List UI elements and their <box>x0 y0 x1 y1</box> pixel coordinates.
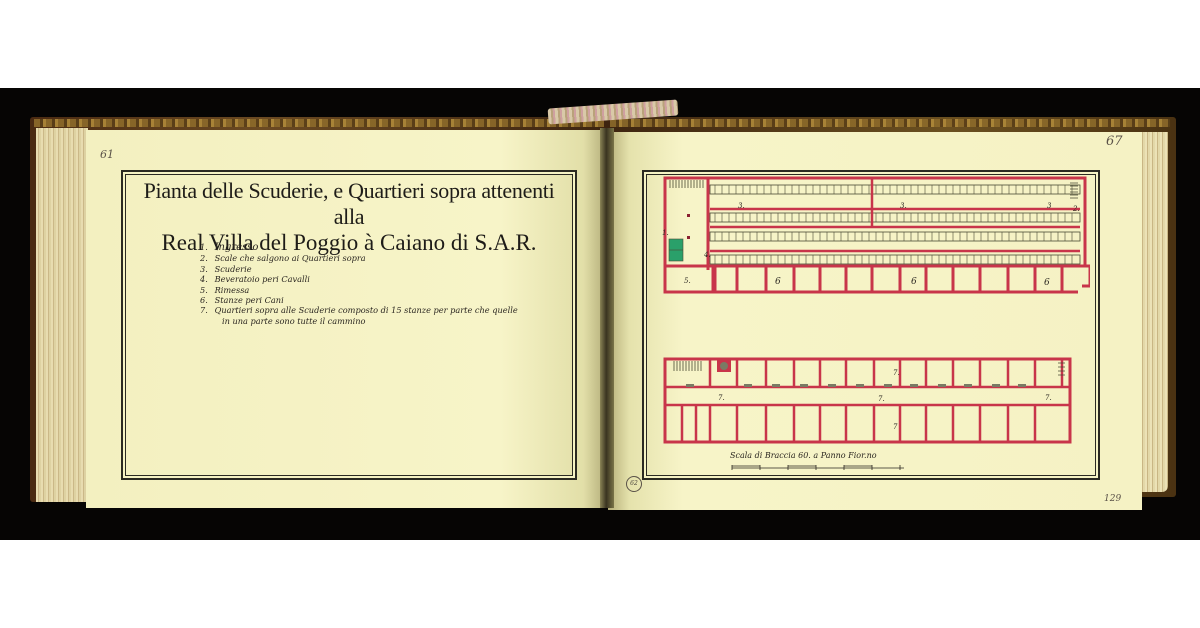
legend-item: 3. Scuderie <box>200 264 570 274</box>
scale-bar <box>730 462 910 472</box>
scale-label: Scala di Braccia 60. a Panno Fior.no <box>730 451 877 460</box>
svg-text:1.: 1. <box>662 229 669 237</box>
svg-text:3: 3 <box>1047 202 1052 210</box>
svg-text:7.: 7. <box>718 394 725 402</box>
svg-text:6: 6 <box>775 277 781 287</box>
title-line-1: Pianta delle Scuderie, e Quartieri sopra… <box>128 178 570 230</box>
gilt-edge-right <box>610 119 1170 127</box>
svg-text:6: 6 <box>1044 278 1050 288</box>
svg-text:4.: 4. <box>703 251 711 259</box>
page-block-left <box>36 128 88 502</box>
svg-text:5.: 5. <box>684 277 691 285</box>
book-gutter <box>600 128 614 508</box>
archive-stamp: 62 <box>626 476 642 492</box>
svg-text:7: 7 <box>893 423 898 431</box>
svg-text:6: 6 <box>911 277 917 287</box>
page-number-bottom: 129 <box>1104 494 1121 504</box>
ground-floor-plan: 1. 2. 3. 3. 3 4. 5. 6 6 6 <box>660 175 1090 295</box>
svg-text:2.: 2. <box>1072 205 1080 213</box>
folio-left: 61 <box>100 148 114 161</box>
svg-text:7.: 7. <box>1045 394 1052 402</box>
gilt-edge-left <box>34 119 604 127</box>
legend-item: 5. Rimessa <box>200 285 570 295</box>
svg-text:7.: 7. <box>878 395 885 403</box>
legend-item: 7. Quartieri sopra alle Scuderie compost… <box>200 305 570 315</box>
handwritten-note: composto di 15 stanze per parte che quel… <box>338 305 518 315</box>
legend-item: 4. Beveratoio peri Cavalli <box>200 274 570 284</box>
folio-right: 67 <box>1106 134 1123 149</box>
page-block-right <box>1140 132 1168 492</box>
svg-text:3.: 3. <box>900 202 907 210</box>
legend-item: 6. Stanze peri Cani <box>200 295 570 305</box>
legend-item: 2. Scale che salgono ai Quartieri sopra <box>200 253 570 263</box>
legend-list: 1. Ingresso 2. Scale che salgono ai Quar… <box>200 242 570 326</box>
legend-item: 1. Ingresso <box>200 242 570 253</box>
upper-floor-plan: 7. 7. 7. 7. 7 <box>660 357 1080 445</box>
svg-text:3.: 3. <box>738 202 745 210</box>
svg-text:7.: 7. <box>893 369 900 377</box>
handwritten-note-continuation: in una parte sono tutte il cammino <box>200 316 570 326</box>
